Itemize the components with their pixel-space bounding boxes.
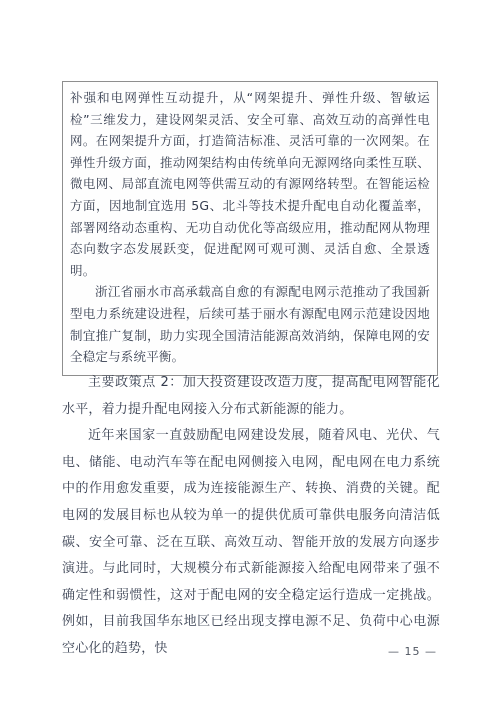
document-page: 补强和电网弹性互动提升，从“网架提升、弹性升级、智敏运检”三维发力，建设网架灵活… [0,0,500,707]
quote-paragraph-continuation: 补强和电网弹性互动提升，从“网架提升、弹性升级、智敏运检”三维发力，建设网架灵活… [70,87,430,281]
body-paragraph: 近年来国家一直鼓励配电网建设发展，随着风电、光伏、气电、储能、电动汽车等在配电网… [62,423,440,662]
body-text: 主要政策点 2：加大投资建设改造力度，提高配电网智能化水平，着力提升配电网接入分… [62,370,440,663]
page-number: — 15 — [388,645,437,658]
quote-paragraph: 浙江省丽水市高承载高自愈的有源配电网示范推动了我国新型电力系统建设进程，后续可基… [70,281,430,367]
policy-point-paragraph: 主要政策点 2：加大投资建设改造力度，提高配电网智能化水平，着力提升配电网接入分… [62,370,440,423]
quote-box: 补强和电网弹性互动提升，从“网架提升、弹性升级、智敏运检”三维发力，建设网架灵活… [62,81,438,376]
